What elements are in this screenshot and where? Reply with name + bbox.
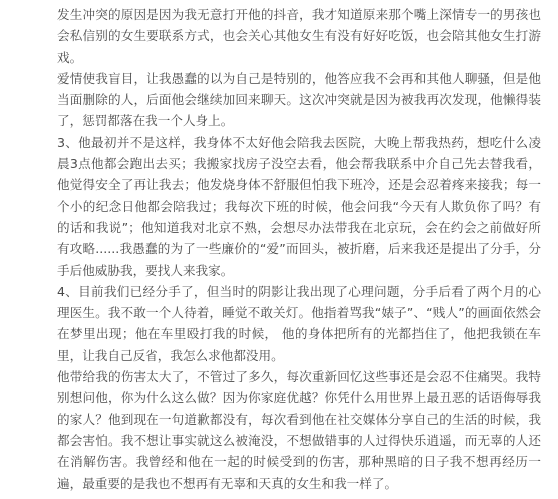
paragraph-item-4-after-breakup: 4、目前我们已经分手了，但当时的阴影让我出现了心理问题，分手后看了两个月的心理医… (57, 281, 541, 366)
paragraph-love-blinded-me: 爱情使我盲目，让我愚蠢的以为自己是特别的，他答应我不会再和其他人聊骚，但是他当面… (57, 68, 541, 132)
article-text-block: 发生冲突的原因是因为我无意打开他的抖音，我才知道原来那个嘴上深情专一的男孩也会私… (0, 0, 558, 494)
paragraph-closing-why-speak-out: 他带给我的伤害太大了，不管过了多久，每次重新回忆这些事还是会忍不住痛哭。我特别想… (57, 366, 541, 494)
paragraph-conflict-reason: 发生冲突的原因是因为我无意打开他的抖音，我才知道原来那个嘴上深情专一的男孩也会私… (57, 4, 541, 68)
paragraph-item-3-how-he-was-at-first: 3、他最初并不是这样，我身体不太好他会陪我去医院，大晚上帮我热药，想吃什么凌晨3… (57, 132, 541, 281)
